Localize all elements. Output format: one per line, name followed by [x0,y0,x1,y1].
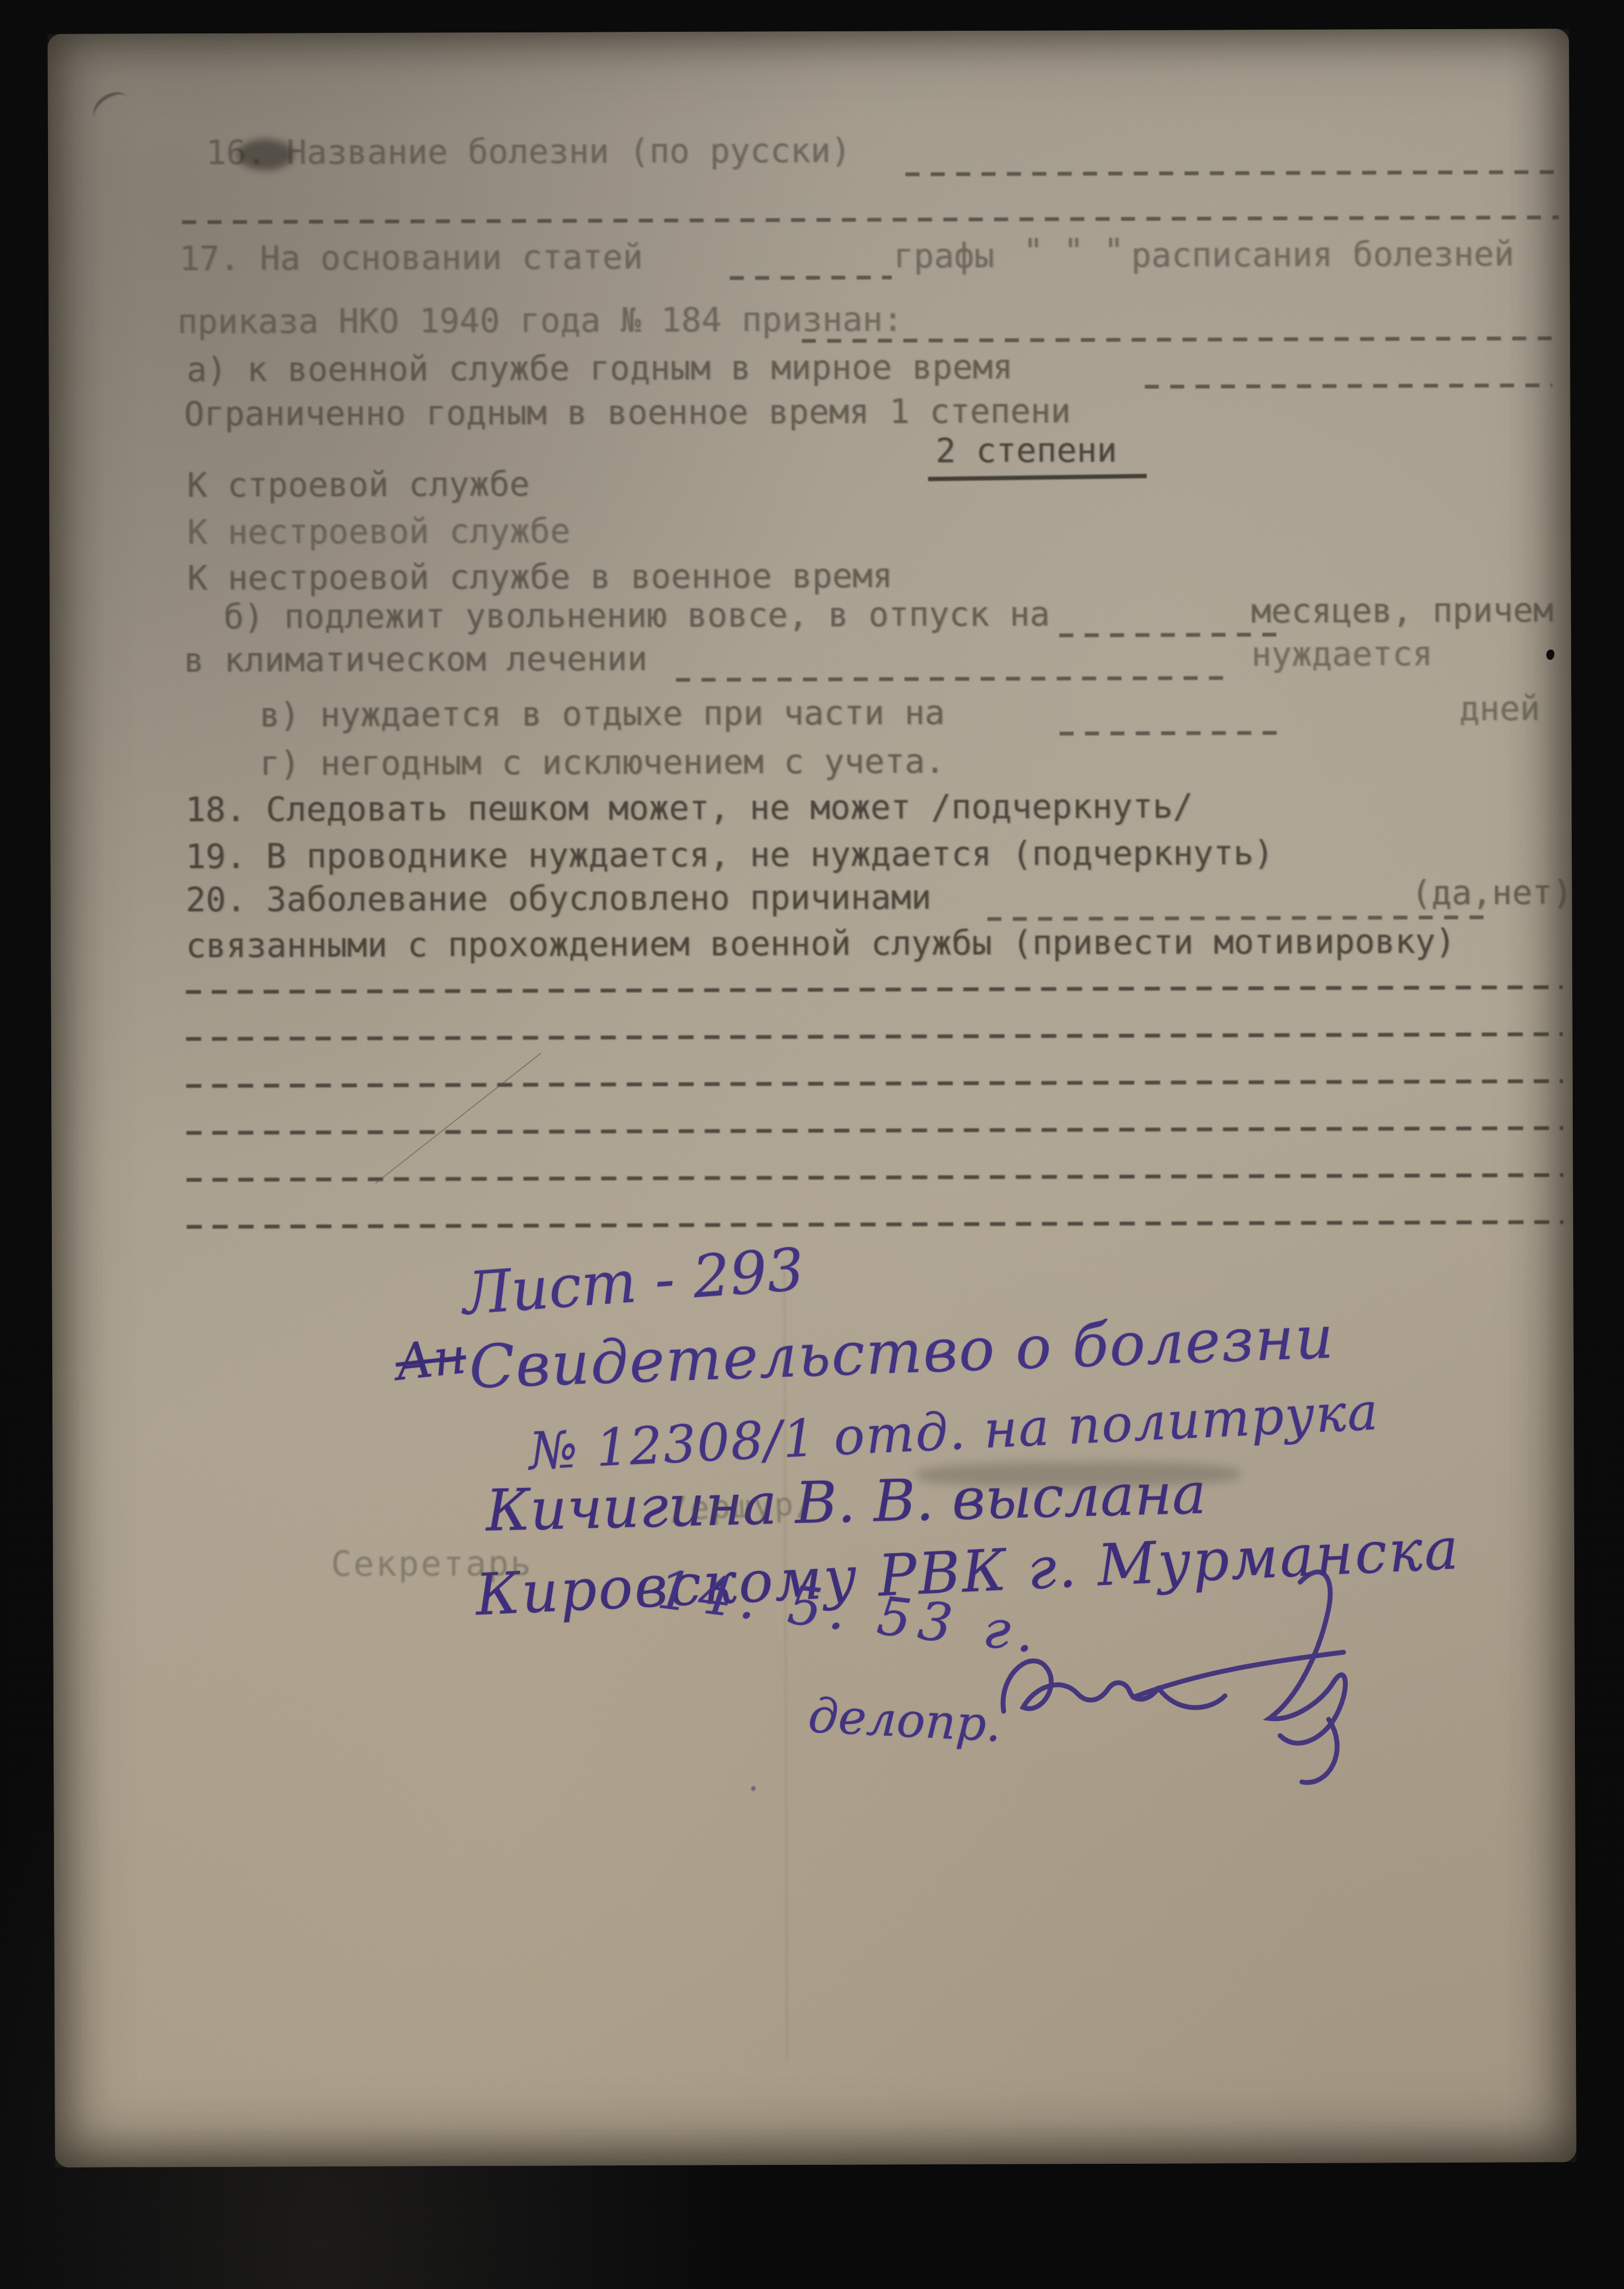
form-clause-leave-units: месяцев, причем [1251,593,1553,628]
paper-scratch [375,1053,542,1184]
ink-smudge [237,139,294,170]
dashed-blank-segment [676,676,1232,682]
form-line-17-grafy: графы [893,239,994,273]
signature-flourish [971,1556,1361,1806]
dashed-blank-line [182,215,1559,224]
faint-secretary-label: Секретарь [331,1544,533,1584]
dashed-blank-line [186,985,1562,994]
dashed-blank-segment [987,916,1495,921]
form-line-17-schedule: расписания болезней [1131,237,1513,272]
form-line-20-yes-no: (да,нет) [1411,876,1573,910]
dashed-blank-line [905,170,1559,176]
dashed-blank-line [186,1032,1563,1041]
form-line-17-basis: 17. На основании статей [179,240,642,275]
dashed-blank-segment [1060,731,1287,735]
handwritten-certificate-number: № 12308/1 отд. на политрука [528,1386,1380,1478]
handwritten-sheet-number: Лист - 293 [461,1241,806,1324]
form-clause-fit-peacetime: а) к военной службе годным в мирное врем… [186,350,1013,387]
photo-background: 16. Название болезни (по русски) 17. На … [0,0,1624,2289]
paper-hole-speck [1546,649,1554,660]
form-clause-limited-degree2: 2 степени [936,434,1117,468]
faint-stamp-fragment: /ершур/ [668,1485,817,1527]
form-clause-climate: в климатическом лечении [184,642,647,677]
pen-underline [928,474,1147,482]
form-clause-rest: в) нуждается в отдыхе при части на [259,696,944,732]
ink-speck [751,1786,755,1791]
form-line-19-escort: 19. В проводнике нуждается, не нуждается… [185,836,1274,873]
dashed-blank-line [187,1173,1564,1182]
form-clause-combat-service: К строевой службе [187,468,530,502]
form-clause-noncombat-wartime: К нестроевой службе в военное время [187,559,893,595]
dashed-blank-line [186,1126,1563,1135]
form-clause-rest-units: дней [1459,692,1540,726]
form-line-20-causes: 20. Заболевание обусловлено причинами [186,881,931,917]
dashed-blank-line [802,336,1558,343]
handwritten-crossed-out-word: Ан [393,1331,468,1389]
form-clause-leave: б) подлежит увольнению вовсе, в отпуск н… [224,597,1050,633]
dashed-blank-line [186,1079,1563,1088]
dashed-blank-segment [730,275,892,280]
form-line-20-continuation: связанными с прохождением военной службы… [186,925,1456,963]
document-page: 16. Название болезни (по русски) 17. На … [48,29,1576,2168]
form-clause-limited-wartime: Ограниченно годным в военное время 1 сте… [184,394,1071,431]
dashed-blank-line [187,1220,1564,1229]
form-clause-unfit: г) негодным с исключением с учета. [260,744,945,780]
pen-mark [88,86,136,130]
form-line-16-disease-name: 16. Название болезни (по русски) [206,134,851,170]
form-clause-noncombat-service: К нестроевой службе [187,514,570,549]
form-clause-climate-units: нуждается [1251,637,1432,671]
form-line-17-quote-marks: " " " [1023,234,1124,268]
ink-smudge [916,1461,1240,1487]
dashed-blank-segment [1145,383,1552,389]
handwritten-certificate-title: Свидетельство о болезни [468,1307,1335,1397]
form-line-17-order: приказа НКО 1940 года № 184 признан: [177,302,903,338]
form-line-18-walk: 18. Следовать пешком может, не может /по… [185,790,1193,827]
